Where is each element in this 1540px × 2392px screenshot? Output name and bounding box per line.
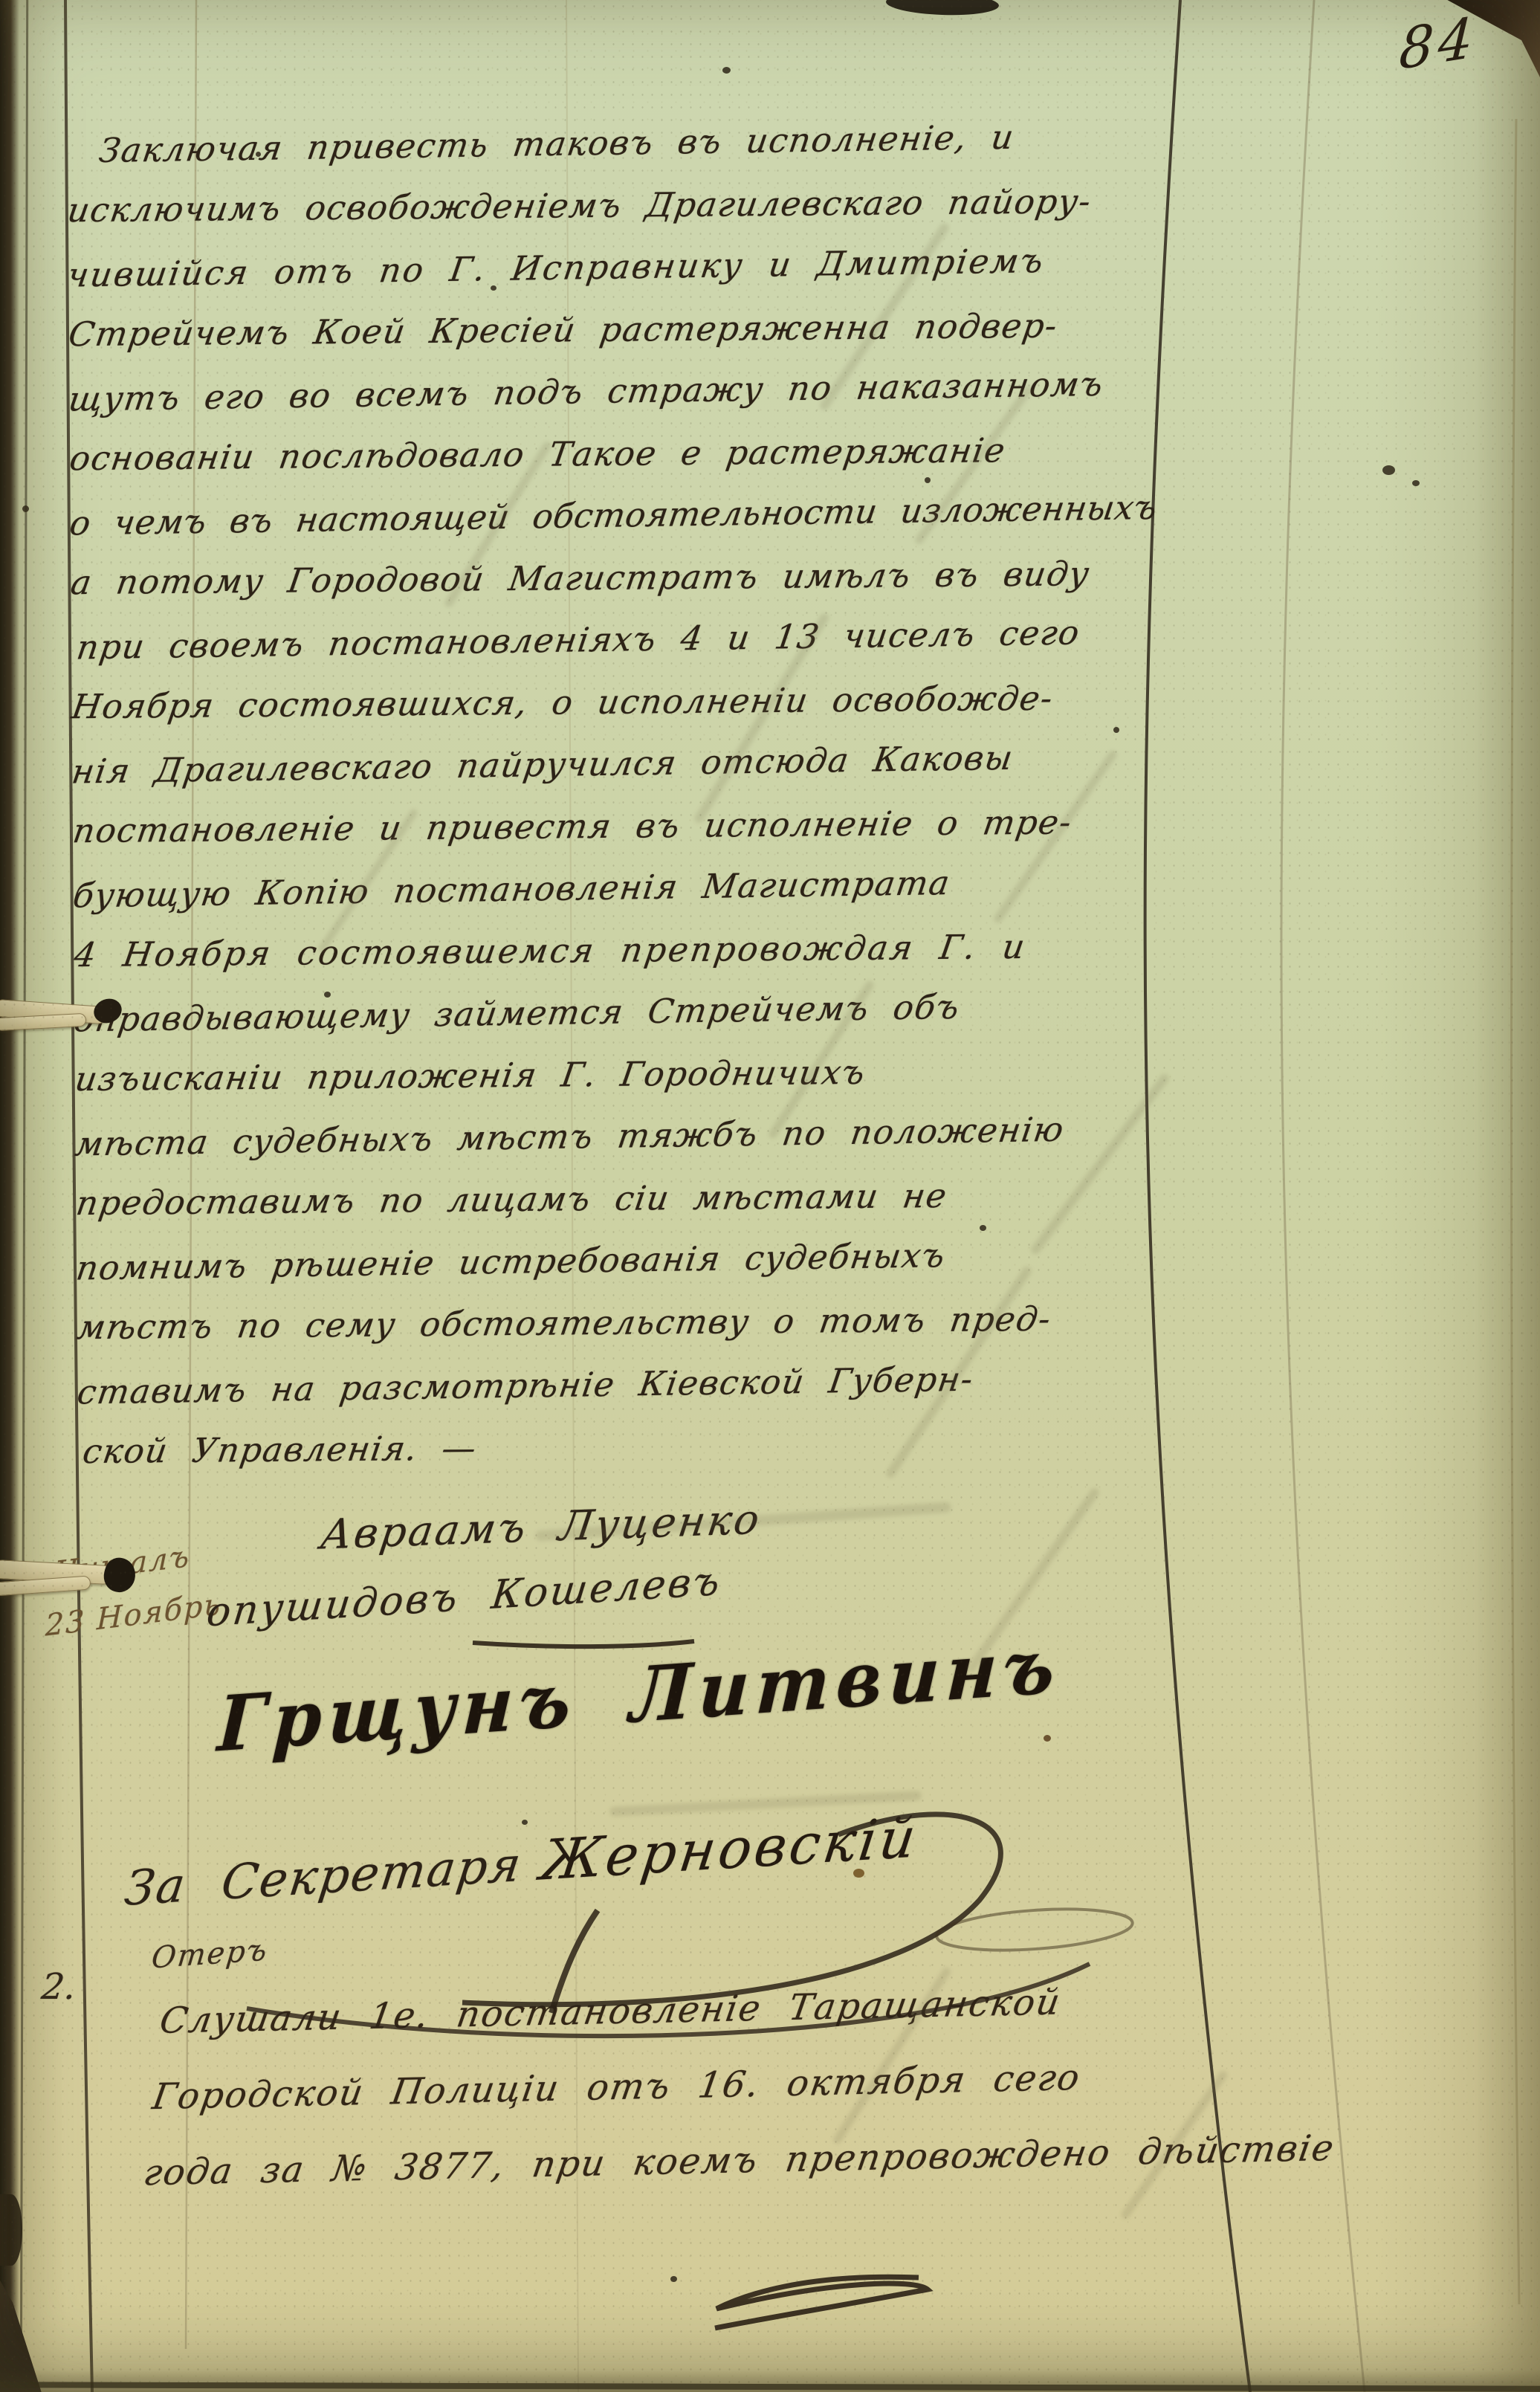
ink-speck xyxy=(670,2276,677,2282)
manuscript-body: Заключая привесть таковъ въ исполненіе, … xyxy=(65,119,1133,1493)
page-number: 84 xyxy=(1397,5,1478,83)
signature-2: опушидовъ Кошелевъ xyxy=(204,1559,724,1636)
secretary-prefix: За Секретаря xyxy=(122,1837,525,1917)
ink-speck xyxy=(324,992,331,998)
signature-underline-stroke xyxy=(473,1641,694,1646)
body-line: мѣста судебныхъ мѣстъ тяжбъ по положенію xyxy=(69,1108,1134,1186)
body-line: при своемъ постановленіяхъ 4 и 13 чиселъ… xyxy=(71,612,1130,690)
closing-swash xyxy=(715,2277,928,2328)
ink-speck xyxy=(1382,465,1395,475)
ink-blob-top-edge xyxy=(886,0,1000,17)
ink-speck xyxy=(722,67,731,74)
stain-speck xyxy=(1044,1735,1051,1742)
body-line: ской Управленія. — xyxy=(77,1422,1136,1493)
body-line: бующую Копію постановленія Магистрата xyxy=(67,860,1132,938)
manuscript-page: Заключая привесть таковъ въ исполненіе, … xyxy=(0,0,1540,2392)
body-line: нія Драгилевскаго пайручился отсюда Како… xyxy=(66,736,1131,814)
body-line: ставимъ на разсмотрѣніе Кіевской Губерн- xyxy=(71,1357,1136,1435)
page-edge-crease xyxy=(1512,119,1519,2304)
ink-speck xyxy=(256,152,261,157)
body-line: оправдывающему займется Стрейчемъ объ xyxy=(68,984,1133,1062)
body-line: Заключая привесть таковъ въ исполненіе, … xyxy=(94,116,1126,193)
body-line: о чемъ въ настоящей обстоятельности изло… xyxy=(64,488,1129,566)
body-line: щутъ его во всемъ подъ стражу по наказан… xyxy=(63,363,1128,442)
stain-speck xyxy=(853,1869,864,1878)
ink-speck xyxy=(22,505,29,512)
right-margin-rule-faint xyxy=(1281,0,1365,2392)
signature-1: Авраамъ Луценко xyxy=(318,1495,765,1558)
binding-crease xyxy=(20,0,28,2392)
ink-speck xyxy=(925,477,931,483)
margin-note-date: 23 Ноябрь xyxy=(45,1587,221,1643)
ink-speck xyxy=(1113,727,1119,733)
secretary-name: Жерновскій xyxy=(537,1806,922,1893)
ink-speck xyxy=(980,1225,986,1231)
binding-edge xyxy=(0,0,19,2392)
section-2-heading: Отеръ xyxy=(150,1933,270,1975)
section-2-body: Слушали 1е. постановленіе Таращанской Го… xyxy=(157,1978,1217,2228)
body-line: помнимъ рѣшеніе истребованія судебныхъ xyxy=(71,1232,1136,1310)
ink-speck xyxy=(491,285,496,291)
faint-oval-mark xyxy=(936,1904,1134,1956)
signature-3-ornate: Грщунъ Литвинъ xyxy=(216,1622,1063,1770)
section-2-marker: 2. xyxy=(39,1966,78,2008)
ink-speck xyxy=(1412,480,1420,486)
ink-speck xyxy=(522,1820,528,1825)
body-line: чившійся отъ по Г. Исправнику и Дмитріем… xyxy=(62,239,1127,317)
edge-chip-left xyxy=(0,2194,22,2266)
